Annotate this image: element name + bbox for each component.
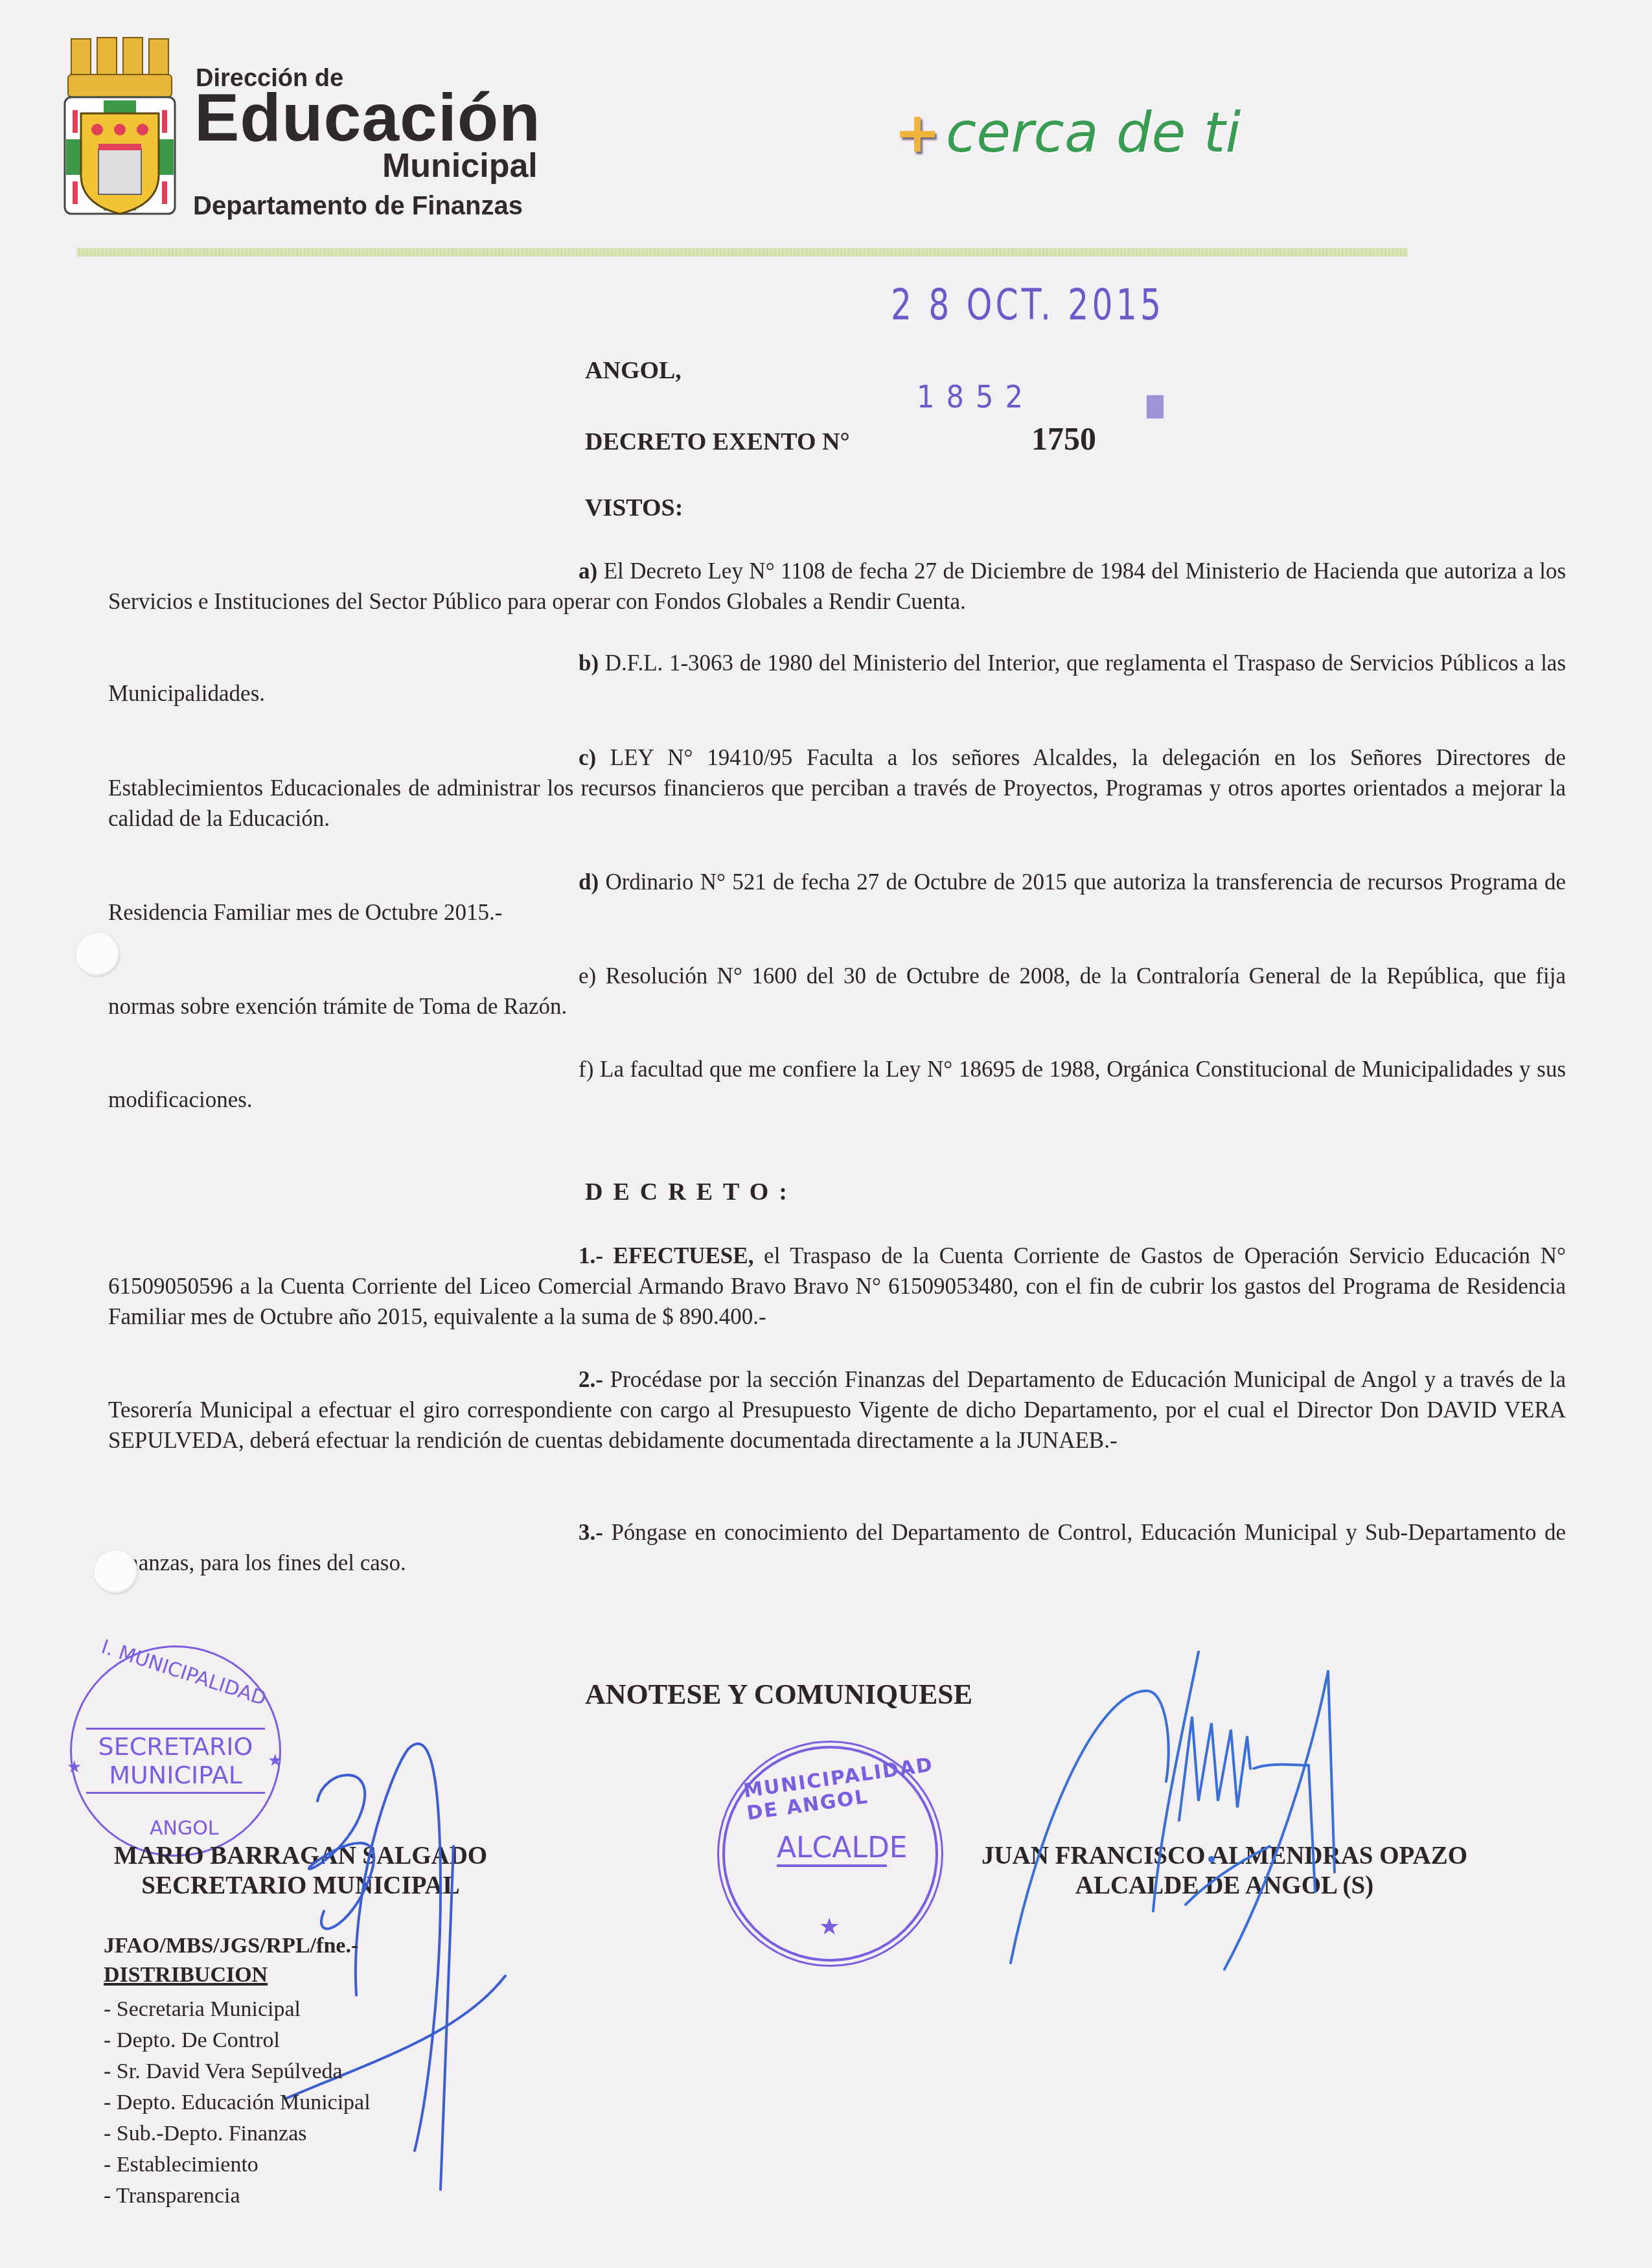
- plus-icon: +: [894, 100, 941, 165]
- secretario-seal: I. MUNICIPALIDAD ★ SECRETARIO MUNICIPAL …: [70, 1645, 281, 1857]
- signatory-title: ALCALDE DE ANGOL (S): [965, 1871, 1484, 1901]
- decree-label: DECRETO EXENTO N°: [585, 428, 850, 456]
- distribution-item: - Secretaria Municipal: [104, 1994, 371, 2025]
- decree-number: 1750: [1031, 420, 1096, 457]
- header-divider: [76, 248, 1408, 257]
- header-municipal: Municipal: [382, 146, 538, 185]
- star-icon: ★: [67, 1758, 82, 1777]
- decreto-heading: DECRETO:: [585, 1178, 797, 1206]
- visto-label: f): [579, 1057, 593, 1082]
- article-2: 2.- Procédase por la sección Finanzas de…: [108, 1364, 1566, 1456]
- visto-text: D.F.L. 1-3063 de 1980 del Ministerio del…: [108, 650, 1566, 706]
- visto-text: La facultad que me confiere la Ley N° 18…: [108, 1057, 1566, 1112]
- star-icon: ★: [268, 1751, 282, 1770]
- seal-top-text: I. MUNICIPALIDAD: [98, 1636, 269, 1710]
- article-3: 3.- Póngase en conocimiento del Departam…: [108, 1517, 1566, 1578]
- slogan-logo: +cerca de ti: [894, 100, 1241, 165]
- stamp-ink-mark: [1147, 395, 1164, 418]
- coat-of-arms-icon: [58, 32, 181, 220]
- visto-text: El Decreto Ley N° 1108 de fecha 27 de Di…: [108, 558, 1566, 614]
- number-stamp: 1852: [917, 379, 1035, 415]
- reference-initials: JFAO/MBS/JGS/RPL/fne.-: [104, 1934, 358, 1958]
- alcalde-seal: MUNICIPALIDAD DE ANGOL ALCALDE ★: [722, 1746, 938, 1962]
- closing-formula: ANOTESE Y COMUNIQUESE: [585, 1678, 972, 1711]
- seal-center-text: SECRETARIO MUNICIPAL: [86, 1728, 265, 1794]
- visto-label: b): [579, 650, 599, 676]
- article-label: 2.-: [579, 1367, 603, 1392]
- signatory-title: SECRETARIO MUNICIPAL: [102, 1871, 499, 1901]
- article-lead: EFECTUESE,: [614, 1243, 754, 1268]
- distribution-item: - Establecimiento: [104, 2149, 371, 2181]
- article-1: 1.- EFECTUESE, el Traspaso de la Cuenta …: [108, 1241, 1566, 1332]
- seal-ring-text: MUNICIPALIDAD DE ANGOL: [742, 1754, 938, 1825]
- distribution-list: - Secretaria Municipal - Depto. De Contr…: [104, 1994, 371, 2212]
- distribution-item: - Sr. David Vera Sepúlveda: [104, 2056, 371, 2087]
- visto-label: e): [579, 963, 596, 989]
- punch-hole: [76, 933, 120, 977]
- visto-b: b) D.F.L. 1-3063 de 1980 del Ministerio …: [108, 648, 1566, 709]
- punch-hole: [94, 1550, 138, 1594]
- seal-line: SECRETARIO: [86, 1732, 265, 1761]
- article-text: Póngase en conocimiento del Departamento…: [108, 1520, 1566, 1575]
- city-line: ANGOL,: [585, 356, 682, 385]
- header-departamento: Departamento de Finanzas: [193, 192, 523, 221]
- star-icon: ★: [819, 1914, 840, 1940]
- signatory-secretario: MARIO BARRAGAN SALGADO SECRETARIO MUNICI…: [102, 1841, 499, 1901]
- visto-text: Resolución N° 1600 del 30 de Octubre de …: [108, 963, 1566, 1019]
- vistos-heading: VISTOS:: [585, 494, 683, 522]
- signatory-name: JUAN FRANCISCO ALMENDRAS OPAZO: [965, 1841, 1484, 1871]
- header-educacion: Educación: [194, 84, 541, 152]
- signature-alcalde-icon: [998, 1639, 1451, 1976]
- visto-d: d) Ordinario N° 521 de fecha 27 de Octub…: [108, 867, 1566, 928]
- visto-text: LEY N° 19410/95 Faculta a los señores Al…: [108, 745, 1566, 831]
- seal-line: MUNICIPAL: [86, 1761, 265, 1789]
- signatory-alcalde: JUAN FRANCISCO ALMENDRAS OPAZO ALCALDE D…: [965, 1841, 1484, 1901]
- visto-label: a): [579, 558, 597, 584]
- article-text: Procédase por la sección Finanzas del De…: [108, 1367, 1566, 1453]
- distribution-item: - Sub.-Depto. Finanzas: [104, 2118, 371, 2149]
- article-text: el Traspaso de la Cuenta Corriente de Ga…: [108, 1243, 1566, 1329]
- visto-c: c) LEY N° 19410/95 Faculta a los señores…: [108, 742, 1566, 834]
- distribution-item: - Depto. De Control: [104, 2025, 371, 2056]
- seal-center-text: ALCALDE: [777, 1831, 887, 1867]
- signatory-name: MARIO BARRAGAN SALGADO: [102, 1841, 499, 1871]
- seal-bottom-text: ANGOL: [150, 1817, 219, 1840]
- visto-e: e) Resolución N° 1600 del 30 de Octubre …: [108, 961, 1566, 1022]
- article-label: 1.-: [579, 1243, 603, 1268]
- distribution-heading: DISTRIBUCION: [104, 1963, 268, 1987]
- slogan-text: cerca de ti: [946, 100, 1241, 165]
- distribution-item: - Depto. Educación Municipal: [104, 2087, 371, 2118]
- visto-f: f) La facultad que me confiere la Ley N°…: [108, 1054, 1566, 1115]
- visto-text: Ordinario N° 521 de fecha 27 de Octubre …: [108, 869, 1566, 925]
- distribution-item: - Transparencia: [104, 2181, 371, 2212]
- visto-label: c): [579, 745, 596, 770]
- visto-a: a) El Decreto Ley N° 1108 de fecha 27 de…: [108, 556, 1566, 617]
- date-stamp: 2 8 OCT. 2015: [891, 280, 1164, 330]
- visto-label: d): [579, 869, 599, 895]
- article-label: 3.-: [579, 1520, 603, 1545]
